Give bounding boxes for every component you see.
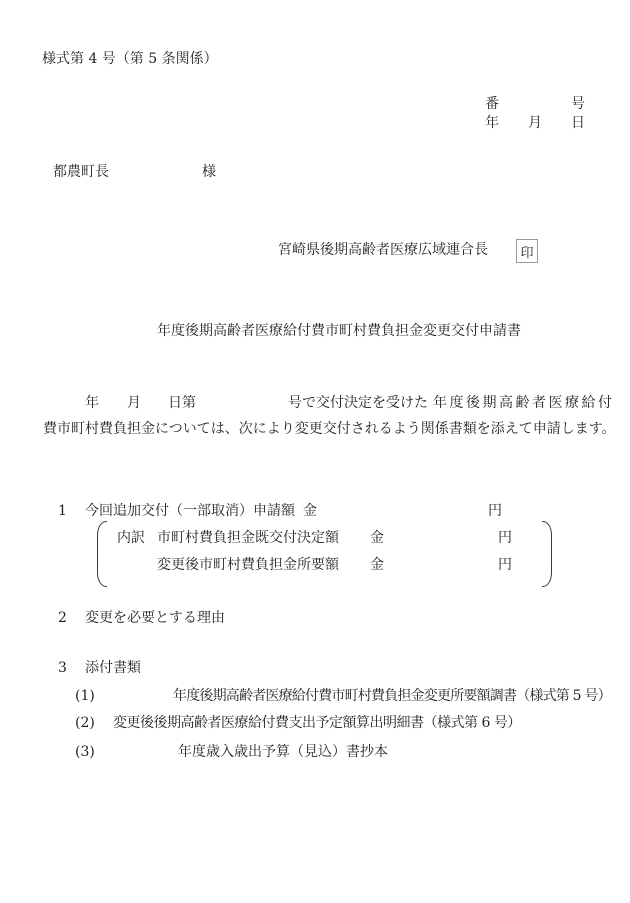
- body-fiscal-year-text: 年度後期高齢者医療給付: [433, 394, 615, 412]
- attachment-number: (3): [75, 743, 95, 761]
- breakdown-left-bracket: [97, 521, 107, 587]
- attachment-number: (2): [75, 714, 95, 732]
- addressee-honorific: 様: [202, 163, 216, 181]
- form-number: 様式第 4 号（第 5 条関係）: [42, 50, 218, 68]
- document-page: 様式第 4 号（第 5 条関係） 番 号 年 月 日 都農町長 様 宮崎県後期高…: [0, 0, 630, 903]
- attachment-text: 年度歳入歳出予算（見込）書抄本: [178, 743, 388, 761]
- body-application-text: 費市町村費負担金については、次により変更交付されるよう関係書類を添えて申請します…: [43, 420, 616, 438]
- breakdown-row-label: 変更後市町村費負担金所要額: [157, 556, 339, 574]
- attachment-number: (1): [75, 687, 95, 705]
- item3-label: 添付書類: [85, 659, 141, 677]
- item1-number: 1: [58, 502, 67, 520]
- attachment-text: 年度後期高齢者医療給付費市町村費負担金変更所要額調書（様式第 5 号）: [173, 687, 611, 705]
- seal-box: 印: [516, 239, 538, 263]
- number-suffix-label: 号: [571, 95, 585, 113]
- breakdown-row-unit-label: 円: [498, 529, 512, 547]
- seal-label: 印: [520, 242, 533, 261]
- body-date-month-label: 月: [127, 394, 141, 412]
- item1-currency-label: 金: [303, 502, 317, 520]
- date-year-label: 年: [485, 114, 499, 132]
- date-line: 年 月 日: [485, 114, 585, 132]
- body-decision-text: 号で交付決定を受けた: [288, 394, 428, 412]
- breakdown-row-currency-label: 金: [370, 529, 384, 547]
- body-date-year-label: 年: [85, 394, 99, 412]
- sender-title: 宮崎県後期高齢者医療広域連合長: [278, 241, 488, 259]
- item2-label: 変更を必要とする理由: [85, 609, 225, 627]
- date-day-label: 日: [571, 114, 585, 132]
- addressee-name: 都農町長: [53, 163, 109, 181]
- breakdown-row-label: 市町村費負担金既交付決定額: [157, 529, 339, 547]
- body-date-day-no-label: 日第: [168, 394, 196, 412]
- attachment-text: 変更後後期高齢者医療給付費支出予定額算出明細書（様式第 6 号）: [113, 714, 521, 732]
- number-label: 番: [485, 95, 499, 113]
- breakdown-row-unit-label: 円: [498, 556, 512, 574]
- breakdown-right-bracket: [542, 521, 552, 587]
- breakdown-row-currency-label: 金: [370, 556, 384, 574]
- date-month-label: 月: [528, 114, 542, 132]
- breakdown-label: 内訳: [117, 529, 145, 547]
- item1-unit-label: 円: [488, 502, 502, 520]
- item3-number: 3: [58, 659, 67, 677]
- item1-label: 今回追加交付（一部取消）申請額: [85, 502, 295, 520]
- document-number-line: 番 号: [485, 95, 585, 113]
- document-title: 年度後期高齢者医療給付費市町村費負担金変更交付申請書: [157, 322, 521, 340]
- item2-number: 2: [58, 609, 67, 627]
